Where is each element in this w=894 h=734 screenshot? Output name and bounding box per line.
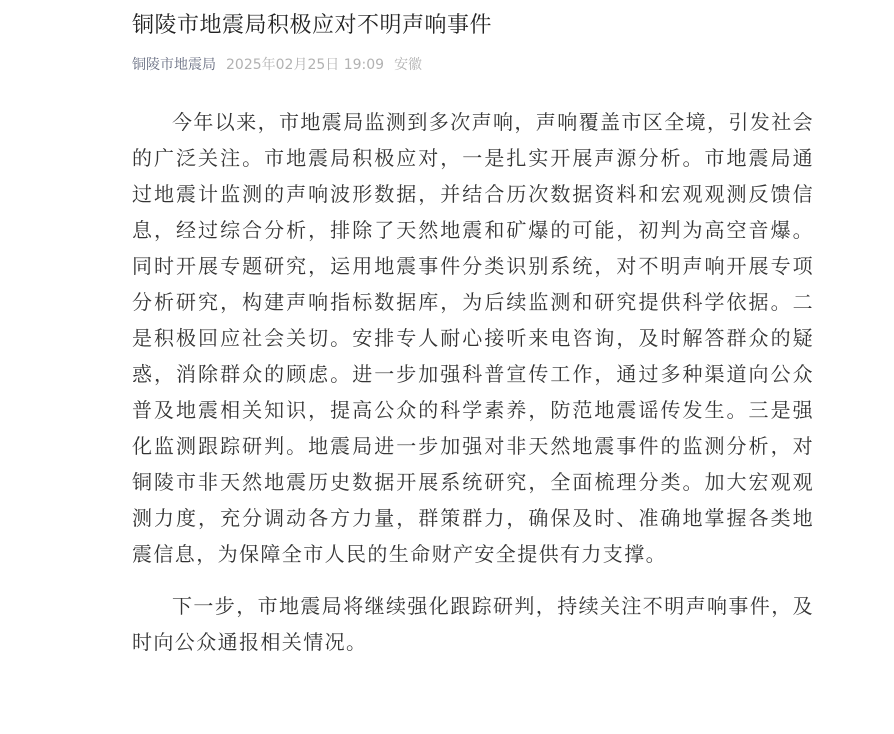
publish-date: 2025年02月25日 19:09: [226, 54, 384, 76]
author-link[interactable]: 铜陵市地震局: [132, 54, 216, 76]
paragraph: 下一步，市地震局将继续强化跟踪研判，持续关注不明声响事件，及时向公众通报相关情况…: [132, 588, 814, 660]
paragraph: 今年以来，市地震局监测到多次声响，声响覆盖市区全境，引发社会的广泛关注。市地震局…: [132, 104, 814, 572]
article-meta: 铜陵市地震局 2025年02月25日 19:09 安徽: [132, 54, 814, 76]
article: 铜陵市地震局积极应对不明声响事件 铜陵市地震局 2025年02月25日 19:0…: [132, 8, 814, 676]
publish-location: 安徽: [394, 54, 422, 76]
article-title: 铜陵市地震局积极应对不明声响事件: [132, 8, 814, 44]
article-body: 今年以来，市地震局监测到多次声响，声响覆盖市区全境，引发社会的广泛关注。市地震局…: [132, 104, 814, 660]
